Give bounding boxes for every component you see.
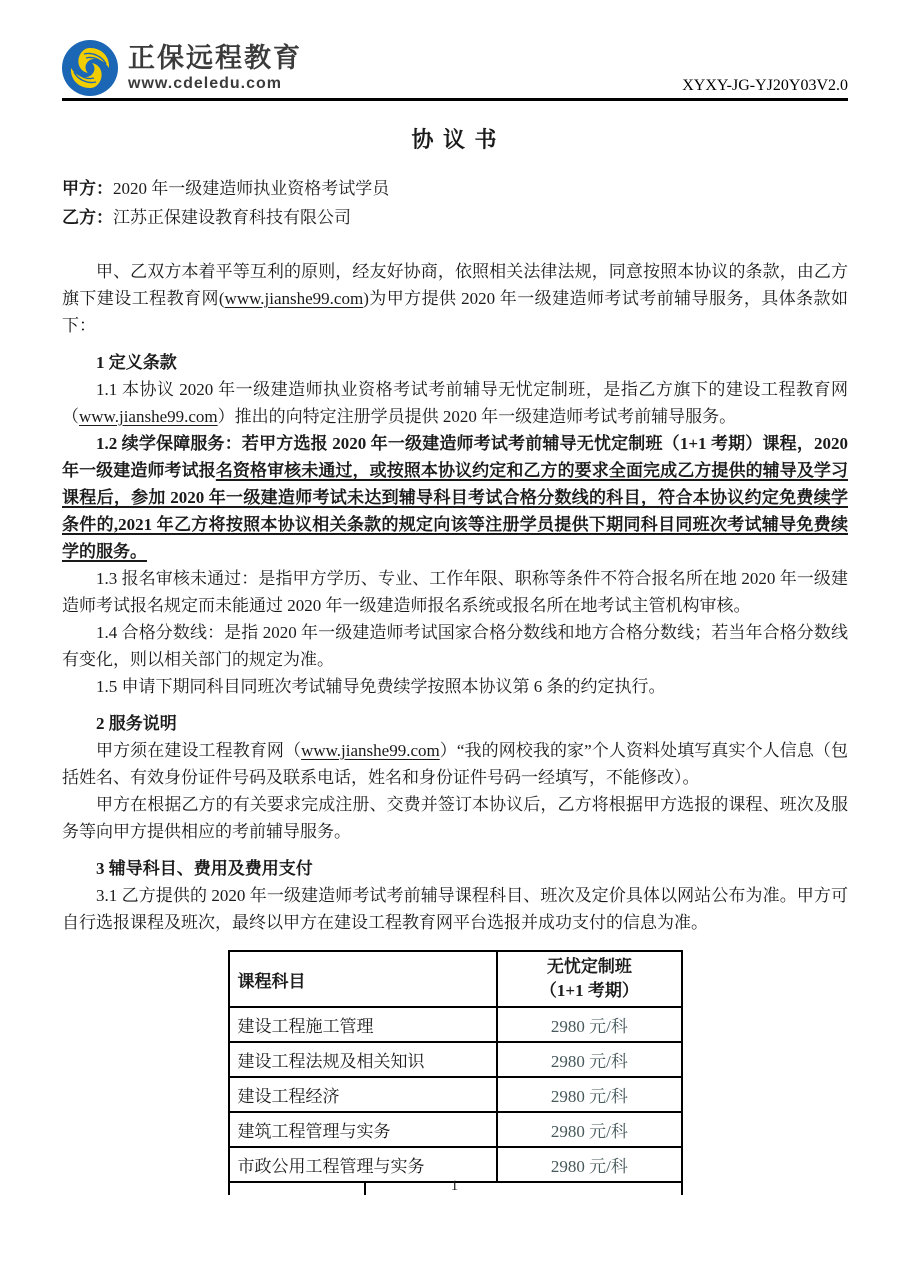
document-code: XYXY-JG-YJ20Y03V2.0 (682, 77, 848, 96)
table-header-row: 课程科目 无忧定制班 （1+1 考期） (229, 951, 682, 1007)
header-divider (62, 98, 848, 101)
page-footer: 1 (0, 1178, 909, 1195)
intro-paragraph: 甲、乙双方本着平等互利的原则，经友好协商，依照相关法律法规，同意按照本协议的条款… (62, 258, 848, 339)
course-price-table: 课程科目 无忧定制班 （1+1 考期） 建设工程施工管理 2980 元/科 建设… (228, 950, 683, 1183)
class-name-line1: 无忧定制班 (498, 955, 680, 979)
section2-heading: 2 服务说明 (62, 710, 848, 737)
clause-2-1-text: 甲方须在建设工程教育网（ (96, 741, 301, 760)
clause-1-2: 1.2 续学保障服务：若甲方选报 2020 年一级建造师考试考前辅导无忧定制班（… (62, 430, 848, 565)
brand-name: 正保远程教育 (128, 42, 302, 74)
clause-1-1-text-after: ）推出的向特定注册学员提供 2020 年一级建造师考试考前辅导服务。 (218, 407, 737, 426)
party-b-line: 乙方：江苏正保建设教育科技有限公司 (62, 203, 848, 232)
subject-cell: 建筑工程管理与实务 (229, 1112, 498, 1147)
party-a-line: 甲方：2020 年一级建造师执业资格考试学员 (62, 174, 848, 203)
section1-heading: 1 定义条款 (62, 349, 848, 376)
party-b-label: 乙方： (62, 208, 113, 227)
document-page: 正保远程教育 www.cdeledu.com XYXY-JG-YJ20Y03V2… (0, 0, 909, 1195)
brand-text: 正保远程教育 www.cdeledu.com (128, 42, 302, 94)
document-title: 协 议 书 (62, 123, 848, 154)
col-header-class: 无忧定制班 （1+1 考期） (497, 951, 681, 1007)
page-header: 正保远程教育 www.cdeledu.com XYXY-JG-YJ20Y03V2… (62, 40, 848, 96)
price-cell: 2980 元/科 (497, 1147, 681, 1182)
table-row: 市政公用工程管理与实务 2980 元/科 (229, 1147, 682, 1182)
price-cell: 2980 元/科 (497, 1077, 681, 1112)
price-cell: 2980 元/科 (497, 1042, 681, 1077)
party-a-label: 甲方： (62, 179, 113, 198)
brand-block: 正保远程教育 www.cdeledu.com (62, 40, 302, 96)
table-row: 建设工程法规及相关知识 2980 元/科 (229, 1042, 682, 1077)
price-cell: 2980 元/科 (497, 1007, 681, 1042)
brand-website: www.cdeledu.com (128, 74, 302, 94)
page-number: 1 (451, 1178, 459, 1194)
table-row: 建设工程经济 2980 元/科 (229, 1077, 682, 1112)
subject-cell: 建设工程施工管理 (229, 1007, 498, 1042)
jianshe99-link[interactable]: www.jianshe99.com (79, 407, 218, 426)
col-header-subject: 课程科目 (229, 951, 498, 1007)
jianshe99-link[interactable]: www.jianshe99.com (225, 289, 364, 308)
clause-1-3: 1.3 报名审核未通过：是指甲方学历、专业、工作年限、职称等条件不符合报名所在地… (62, 565, 848, 619)
subject-cell: 市政公用工程管理与实务 (229, 1147, 498, 1182)
section3-heading: 3 辅导科目、费用及费用支付 (62, 855, 848, 882)
jianshe99-link[interactable]: www.jianshe99.com (301, 741, 440, 760)
party-b-value: 江苏正保建设教育科技有限公司 (113, 208, 351, 227)
subject-cell: 建设工程法规及相关知识 (229, 1042, 498, 1077)
class-name-line2: （1+1 考期） (498, 979, 680, 1003)
clause-2-1: 甲方须在建设工程教育网（www.jianshe99.com）“我的网校我的家”个… (62, 737, 848, 791)
brand-logo-icon (62, 40, 118, 96)
clause-2-2: 甲方在根据乙方的有关要求完成注册、交费并签订本协议后，乙方将根据甲方选报的课程、… (62, 791, 848, 845)
clause-1-1: 1.1 本协议 2020 年一级建造师执业资格考试考前辅导无忧定制班，是指乙方旗… (62, 376, 848, 430)
price-cell: 2980 元/科 (497, 1112, 681, 1147)
clause-3-1: 3.1 乙方提供的 2020 年一级建造师考试考前辅导课程科目、班次及定价具体以… (62, 882, 848, 936)
clause-1-5: 1.5 申请下期同科目同班次考试辅导免费续学按照本协议第 6 条的约定执行。 (62, 673, 848, 700)
parties-block: 甲方：2020 年一级建造师执业资格考试学员 乙方：江苏正保建设教育科技有限公司 (62, 174, 848, 232)
table-row: 建设工程施工管理 2980 元/科 (229, 1007, 682, 1042)
subject-cell: 建设工程经济 (229, 1077, 498, 1112)
swirl-logo-icon (62, 40, 118, 96)
table-row: 建筑工程管理与实务 2980 元/科 (229, 1112, 682, 1147)
party-a-value: 2020 年一级建造师执业资格考试学员 (113, 179, 389, 198)
clause-1-4: 1.4 合格分数线：是指 2020 年一级建造师考试国家合格分数线和地方合格分数… (62, 619, 848, 673)
